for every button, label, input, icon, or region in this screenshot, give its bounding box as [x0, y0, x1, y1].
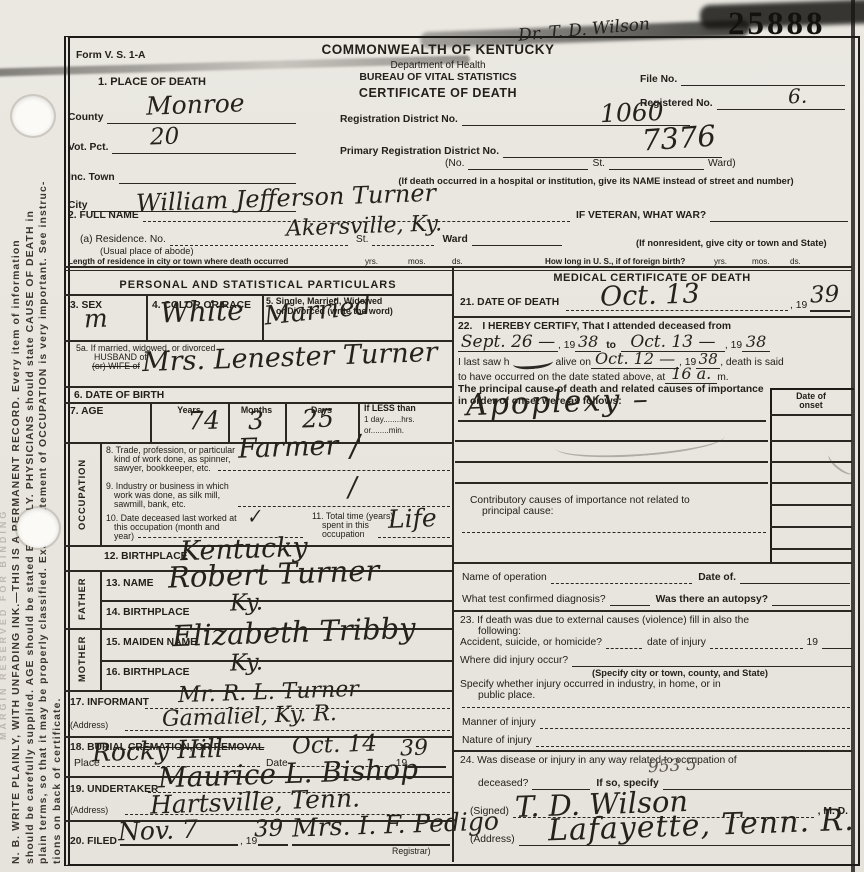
operation-label: Name of operation: [462, 572, 547, 584]
date-of-injury-label: date of injury: [647, 637, 706, 649]
operation-line: [551, 579, 693, 584]
ward-label: Ward): [708, 158, 736, 170]
yrs-label-2: yrs.: [714, 257, 727, 266]
certificate-title: CERTIFICATE OF DEATH: [288, 86, 588, 100]
onset-divider: [770, 414, 852, 416]
inc-town-label: Inc. Town: [68, 172, 115, 184]
onset-divider: [770, 526, 852, 528]
certificate-number-stamp: 25888: [728, 6, 826, 43]
divider: [452, 750, 852, 752]
pencil-code: 953 5: [648, 757, 697, 777]
cell-divider: [100, 628, 102, 690]
ds-label-2: ds.: [790, 257, 801, 266]
cell-divider: [228, 402, 230, 442]
street-ward-row: (No. St. Ward): [445, 156, 775, 170]
bureau-line: BUREAU OF VITAL STATISTICS: [288, 72, 588, 84]
date-of-injury-line: [710, 644, 803, 649]
mos-label-1: mos.: [408, 257, 426, 266]
inc-town-row: Inc. Town: [68, 162, 296, 184]
contributory-label-2: principal cause:: [482, 506, 554, 518]
mother-birthplace-label: 16. BIRTHPLACE: [106, 667, 190, 679]
file-no-label: File No.: [640, 74, 677, 86]
st-label: St.: [592, 158, 605, 170]
margin-line-3: plain terms, so that it may be properly …: [37, 64, 51, 864]
handwriting-total-time: Life: [388, 505, 437, 532]
accident-row: Accident, suicide, or homicide? date of …: [460, 634, 852, 649]
where-injury-row: Where did injury occur?: [460, 652, 852, 667]
f11-line: [378, 537, 450, 538]
ifless-label-2: 1 day........hrs.: [364, 415, 415, 424]
margin-line-1: N. B. WRITE PLAINLY, WITH UNFADING INK.—…: [10, 64, 24, 864]
divider: [64, 386, 452, 388]
hole-punch: [17, 508, 59, 548]
f9-label-3: sawmill, bank, etc.: [114, 500, 186, 510]
handwriting-dod-year: 39: [810, 283, 840, 307]
mos-label-2: mos.: [752, 257, 770, 266]
father-name-label: 13. NAME: [106, 578, 154, 590]
onset-divider: [770, 440, 852, 442]
handwriting-age-months: 3: [248, 408, 265, 434]
specify-label-2: public place.: [478, 690, 535, 702]
nature-injury-line: [536, 742, 850, 747]
mother-vertical-label: MOTHER: [68, 630, 96, 688]
where-injury-line: [572, 662, 852, 667]
ds-label-1: ds.: [452, 257, 463, 266]
divider: [64, 294, 452, 296]
divider: [100, 660, 452, 662]
handwriting-filed-year: 39: [254, 817, 284, 841]
full-name-label: 2. FULL NAME: [68, 210, 139, 222]
no-label: (No.: [445, 158, 464, 170]
onset-header-2: onset: [772, 401, 850, 411]
inc-town-line: [119, 179, 296, 184]
contributory-label-1: Contributory causes of importance not re…: [470, 495, 690, 507]
margin-instructions: N. B. WRITE PLAINLY, WITH UNFADING INK.—…: [10, 64, 64, 864]
time-line: 16 a.: [665, 366, 717, 384]
undertaker-address-label: (Address): [70, 806, 108, 816]
veteran-row: IF VETERAN, WHAT WAR?: [576, 198, 848, 222]
form-code: Form V. S. 1-A: [76, 50, 145, 62]
handwriting-mother-birthplace: Ky.: [230, 651, 264, 675]
nature-injury-row: Nature of injury: [462, 732, 850, 747]
father-birthplace-label: 14. BIRTHPLACE: [106, 607, 190, 619]
operation-date-label: Date of.: [698, 572, 736, 584]
residence-st-line: [372, 241, 434, 246]
file-no-row: File No.: [640, 70, 845, 86]
onset-divider: [770, 482, 852, 484]
accident-line: [606, 644, 642, 649]
deceased-label: deceased?: [478, 778, 528, 790]
f8-label-3: sawyer, bookkeeper, etc.: [114, 464, 211, 474]
divider: [452, 562, 852, 564]
occupation-vertical-label: OCCUPATION: [68, 444, 96, 544]
vot-pct-label: Vot. Pct.: [68, 142, 108, 154]
dod-year-line: [810, 310, 850, 312]
handwriting-trade: Farmer: [238, 432, 339, 462]
operation-row: Name of operation Date of.: [462, 568, 850, 584]
column-divider: [452, 266, 454, 862]
ifless-label-1: If LESS than: [364, 404, 416, 414]
handwriting-father-birthplace: Ky.: [230, 591, 264, 615]
department-line: Department of Health: [288, 60, 588, 71]
dob-label: 6. DATE OF BIRTH: [74, 390, 164, 402]
m-label: m.: [717, 372, 728, 384]
test-line: [610, 601, 650, 606]
nature-injury-label: Nature of injury: [462, 735, 532, 747]
manner-injury-line: [540, 724, 850, 729]
handwriting-primary-district: 7376: [641, 121, 717, 155]
place-of-death-section: 1. PLACE OF DEATH: [98, 76, 206, 88]
hole-punch: [12, 96, 54, 136]
cause-line: [455, 461, 768, 463]
father-vertical-label: FATHER: [68, 572, 96, 626]
dod-19-label: , 19: [790, 300, 807, 312]
handwriting-check-10: ✓: [244, 507, 263, 528]
attended-from-line: Sept. 26 —: [458, 334, 558, 352]
personal-title: PERSONAL AND STATISTICAL PARTICULARS: [64, 279, 452, 291]
test-row: What test confirmed diagnosis? Was there…: [462, 590, 850, 606]
handwriting-cause-of-death: Apoplexy –: [466, 385, 651, 421]
file-no-line: [681, 81, 845, 86]
abode-note: (Usual place of abode): [100, 246, 194, 256]
handwriting-to-year: 38: [746, 332, 766, 351]
informant-address-label: (Address): [70, 721, 108, 731]
handwriting-slash-9: /: [348, 474, 358, 501]
residence-label: (a) Residence. No.: [80, 234, 166, 246]
divider: [452, 316, 852, 318]
specify-label-1: Specify whether injury occurred in indus…: [460, 679, 721, 691]
handwriting-registered-no: 6.: [788, 86, 808, 107]
f10-label-3: year): [114, 532, 134, 542]
external-causes-label-1: 23. If death was due to external causes …: [460, 615, 749, 627]
injury-19-label: 19: [807, 637, 818, 649]
divider: [64, 266, 852, 268]
handwriting-lastsaw-date: Oct. 12 —: [595, 349, 675, 368]
autopsy-line: [772, 601, 850, 606]
cell-divider: [100, 442, 102, 545]
veteran-line: [710, 217, 848, 222]
nonresident-note: (If nonresident, give city or town and S…: [636, 238, 852, 248]
commonwealth-title: COMMONWEALTH OF KENTUCKY: [288, 42, 588, 57]
specify-city-note: (Specify city or town, county, and State…: [592, 668, 768, 678]
death-certificate-scan: MARGIN RESERVED FOR BINDING N. B. WRITE …: [0, 0, 864, 872]
operation-date-line: [740, 579, 850, 584]
handwriting-sex: m: [84, 306, 109, 332]
handwriting-county: Monroe: [146, 90, 245, 118]
handwriting-color: White: [160, 297, 245, 328]
manner-injury-row: Manner of injury: [462, 714, 850, 729]
handwriting-father-name: Robert Turner: [168, 556, 380, 592]
lastsaw-text-1: I last saw h: [458, 357, 510, 369]
county-label: County: [68, 112, 103, 124]
onset-divider: [770, 548, 852, 550]
margin-line-2: should be carefully supplied. AGE should…: [24, 64, 38, 864]
cause-line: [455, 482, 768, 484]
handwriting-slash-8: /: [349, 432, 360, 462]
date-of-death-label: 21. DATE OF DEATH: [460, 297, 559, 309]
handwriting-informant-address: Gamaliel, Ky. R.: [162, 703, 338, 731]
registered-no-line: [717, 105, 845, 110]
filed-year-line: [258, 844, 288, 846]
age-label: 7. AGE: [70, 406, 103, 418]
vot-pct-row: Vot. Pct.: [68, 132, 296, 154]
handwriting-date-of-death: Oct. 13: [600, 280, 701, 310]
handwriting-age-days: 25: [302, 405, 335, 431]
cell-divider: [146, 294, 148, 340]
veteran-label: IF VETERAN, WHAT WAR?: [576, 210, 706, 222]
yrs-label-1: yrs.: [365, 257, 378, 266]
residence-ward-label: Ward: [442, 234, 467, 246]
st-line: [609, 165, 704, 170]
where-injury-label: Where did injury occur?: [460, 655, 568, 667]
injury-year-line: [822, 644, 852, 649]
contributory-line: [462, 532, 766, 533]
handwriting-registrar: Mrs. I. F. Pedigo: [292, 808, 500, 840]
lastsaw-text-2: alive on: [556, 357, 592, 369]
divider: [64, 270, 852, 272]
cell-divider: [100, 570, 102, 628]
from-19: , 19: [558, 340, 575, 352]
ifless-label-3: or........min.: [364, 426, 404, 435]
accident-label: Accident, suicide, or homicide?: [460, 637, 602, 649]
undertaker-label: 19. UNDERTAKER: [70, 784, 159, 796]
f5a-label-wife-struck: (or) WIFE of: [92, 362, 140, 372]
if-so-specify-line: [663, 785, 852, 790]
date-of-death-line: [566, 310, 788, 311]
residence-line: [170, 241, 348, 246]
divider: [100, 600, 452, 602]
county-line: [107, 119, 296, 124]
handwriting-vot-pct: 20: [150, 125, 180, 149]
cell-divider: [150, 402, 152, 442]
f8-line: [218, 470, 450, 471]
handwriting-mother-maiden: Elizabeth Tribby: [172, 614, 416, 651]
registrar-label: Registrar): [392, 847, 431, 857]
filed-label: 20. FILED: [70, 836, 117, 848]
handwriting-residence: Akersville, Ky.: [286, 213, 443, 240]
handwriting-filed-date: Nov. 7: [118, 817, 199, 845]
handwriting-time: 16 a.: [671, 364, 711, 383]
autopsy-label: Was there an autopsy?: [656, 594, 768, 606]
margin-reserved-note: MARGIN RESERVED FOR BINDING: [0, 509, 8, 740]
divider-dashed: [462, 707, 850, 708]
no-line: [468, 165, 588, 170]
to-year-line: 38: [742, 334, 770, 352]
test-label: What test confirmed diagnosis?: [462, 594, 606, 606]
death-is-said: , death is said: [720, 357, 784, 369]
handwriting-age-years: 74: [188, 407, 221, 433]
margin-line-4: tions on back of certificate.: [51, 64, 65, 864]
manner-injury-label: Manner of injury: [462, 717, 536, 729]
onset-divider: [770, 504, 852, 506]
residence-ward-line: [472, 241, 562, 246]
to-19: , 19: [725, 340, 742, 352]
handwriting-attended-from: Sept. 26 —: [461, 332, 555, 352]
howlong-label: How long in U. S., if of foreign birth?: [545, 257, 685, 266]
vot-pct-line: [112, 149, 296, 154]
length-residence-label: Length of residence in city or town wher…: [68, 257, 288, 266]
informant-label: 17. INFORMANT: [70, 697, 149, 709]
f11-label-3: occupation: [322, 530, 365, 540]
divider: [452, 610, 852, 612]
reg-district-label: Registration District No.: [340, 114, 458, 126]
